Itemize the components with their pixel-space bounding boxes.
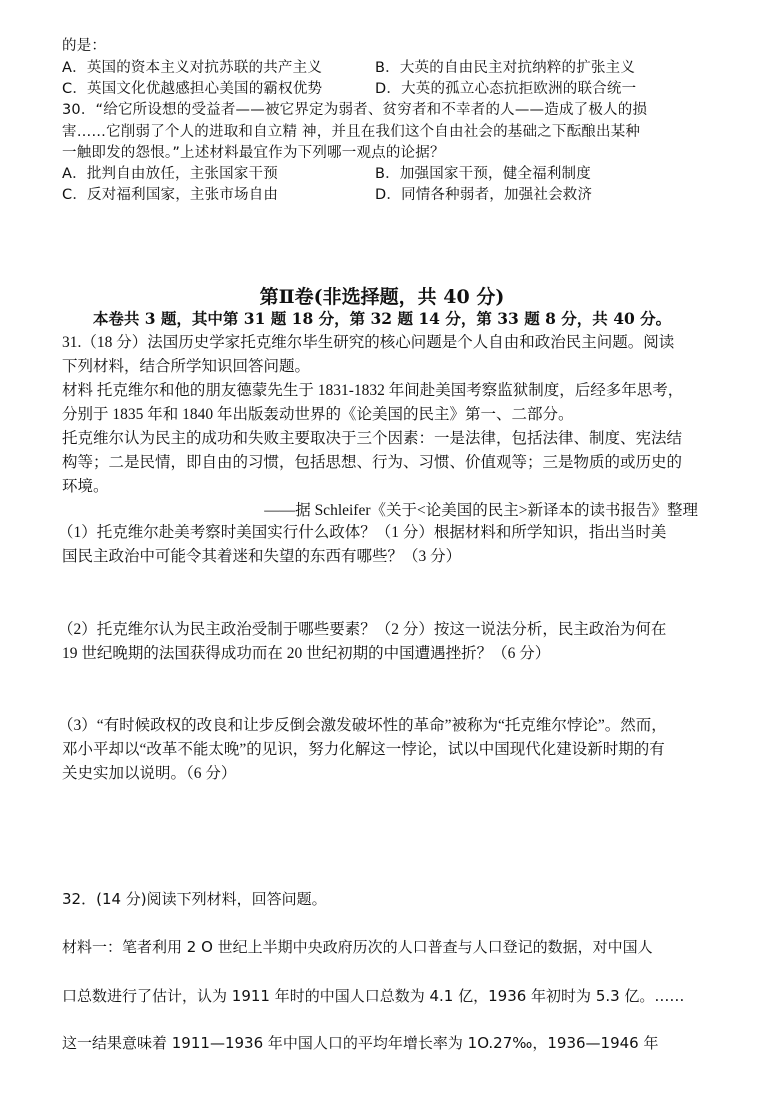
q31-sub3-line: 邓小平却以“改革不能太晚”的见识，努力化解这一悖论，试以中国现代化建设新时期的有 [62,737,665,759]
q29-option-d: D．大英的孤立心态抗拒欧洲的联合统一 [375,77,636,98]
q31-material-line: 构等；二是民情，即自由的习惯，包括思想、行为、习惯、价值观等；三是物质的或历史的 [62,450,682,472]
q31-material-line: 环境。 [62,474,109,496]
q30-stem-line: 30．“给它所设想的受益者——被它界定为弱者、贫穷者和不幸者的人——造成了极人的… [62,98,647,119]
q29-option-a: A．英国的资本主义对抗苏联的共产主义 [62,56,322,77]
q32-material-line: 这一结果意味着 1911—1936 年中国人口的平均年增长率为 1O.27‰，1… [62,1032,659,1053]
q31-material-line: 分别于 1835 年和 1840 年出版轰动世界的《论美国的民主》第一、二部分。 [62,402,574,424]
q30-option-a: A．批判自由放任，主张国家干预 [62,162,278,183]
q31-sub3-line: （3）“有时候政权的改良和让步反倒会激发破坏性的革命”被称为“托克维尔悖论”。然… [58,713,667,735]
q29-stem-end: 的是： [62,34,106,55]
q31-intro-line: 下列材料，结合所学知识回答问题。 [62,354,310,376]
q30-option-d: D．同情各种弱者，加强社会救济 [375,183,592,204]
q31-intro-line: 31.（18 分）法国历史学家托克维尔毕生研究的核心问题是个人自由和政治民主问题… [62,330,674,352]
q32-material-line: 口总数进行了估计，认为 1911 年时的中国人口总数为 4.1 亿，1936 年… [62,985,684,1006]
q31-material-line: 托克维尔认为民主的成功和失败主要取决于三个因素：一是法律，包括法律、制度、宪法结 [62,426,682,448]
q30-stem-line: 害……它削弱了个人的进取和自立精 神，并且在我们这个自由社会的基础之下酝酿出某种 [62,120,640,141]
section-subtitle: 本卷共 3 题，其中第 31 题 18 分，第 32 题 14 分，第 33 题… [0,307,764,329]
q30-option-c: C．反对福利国家，主张市场自由 [62,183,278,204]
q31-source: ——据 Schleifer《关于<论美国的民主>新译本的读书报告》整理 [264,498,698,520]
q30-option-b: B．加强国家干预，健全福利制度 [375,162,591,183]
q31-sub2-line: 19 世纪晚期的法国获得成功而在 20 世纪初期的中国遭遇挫折？（6 分） [62,641,550,663]
q32-intro: 32．(14 分)阅读下列材料，回答问题。 [62,888,327,909]
q30-stem-line: 一触即发的怨恨。”上述材料最宜作为下列哪一观点的论据？ [62,141,445,162]
q31-sub1-line: 国民主政治中可能令其着迷和失望的东西有哪些？（3 分） [62,544,461,566]
section-title: 第Ⅱ卷(非选择题，共 40 分) [0,282,764,309]
q31-sub2-line: （2）托克维尔认为民主政治受制于哪些要素？（2 分）按这一说法分析，民主政治为何… [58,617,666,639]
q32-material-line: 材料一：笔者利用 2 O 世纪上半期中央政府历次的人口普查与人口登记的数据，对中… [62,936,653,957]
q31-sub1-line: （1）托克维尔赴美考察时美国实行什么政体？（1 分）根据材料和所学知识，指出当时… [58,520,666,542]
q29-option-c: C．英国文化优越感担心美国的霸权优势 [62,77,322,98]
q31-sub3-line: 关史实加以说明。（6 分） [62,761,236,783]
q31-material-line: 材料 托克维尔和他的朋友德蒙先生于 1831-1832 年间赴美国考察监狱制度，… [62,378,683,400]
exam-page: 的是： A．英国的资本主义对抗苏联的共产主义 B．大英的自由民主对抗纳粹的扩张主… [0,0,764,1102]
q29-option-b: B．大英的自由民主对抗纳粹的扩张主义 [375,56,635,77]
